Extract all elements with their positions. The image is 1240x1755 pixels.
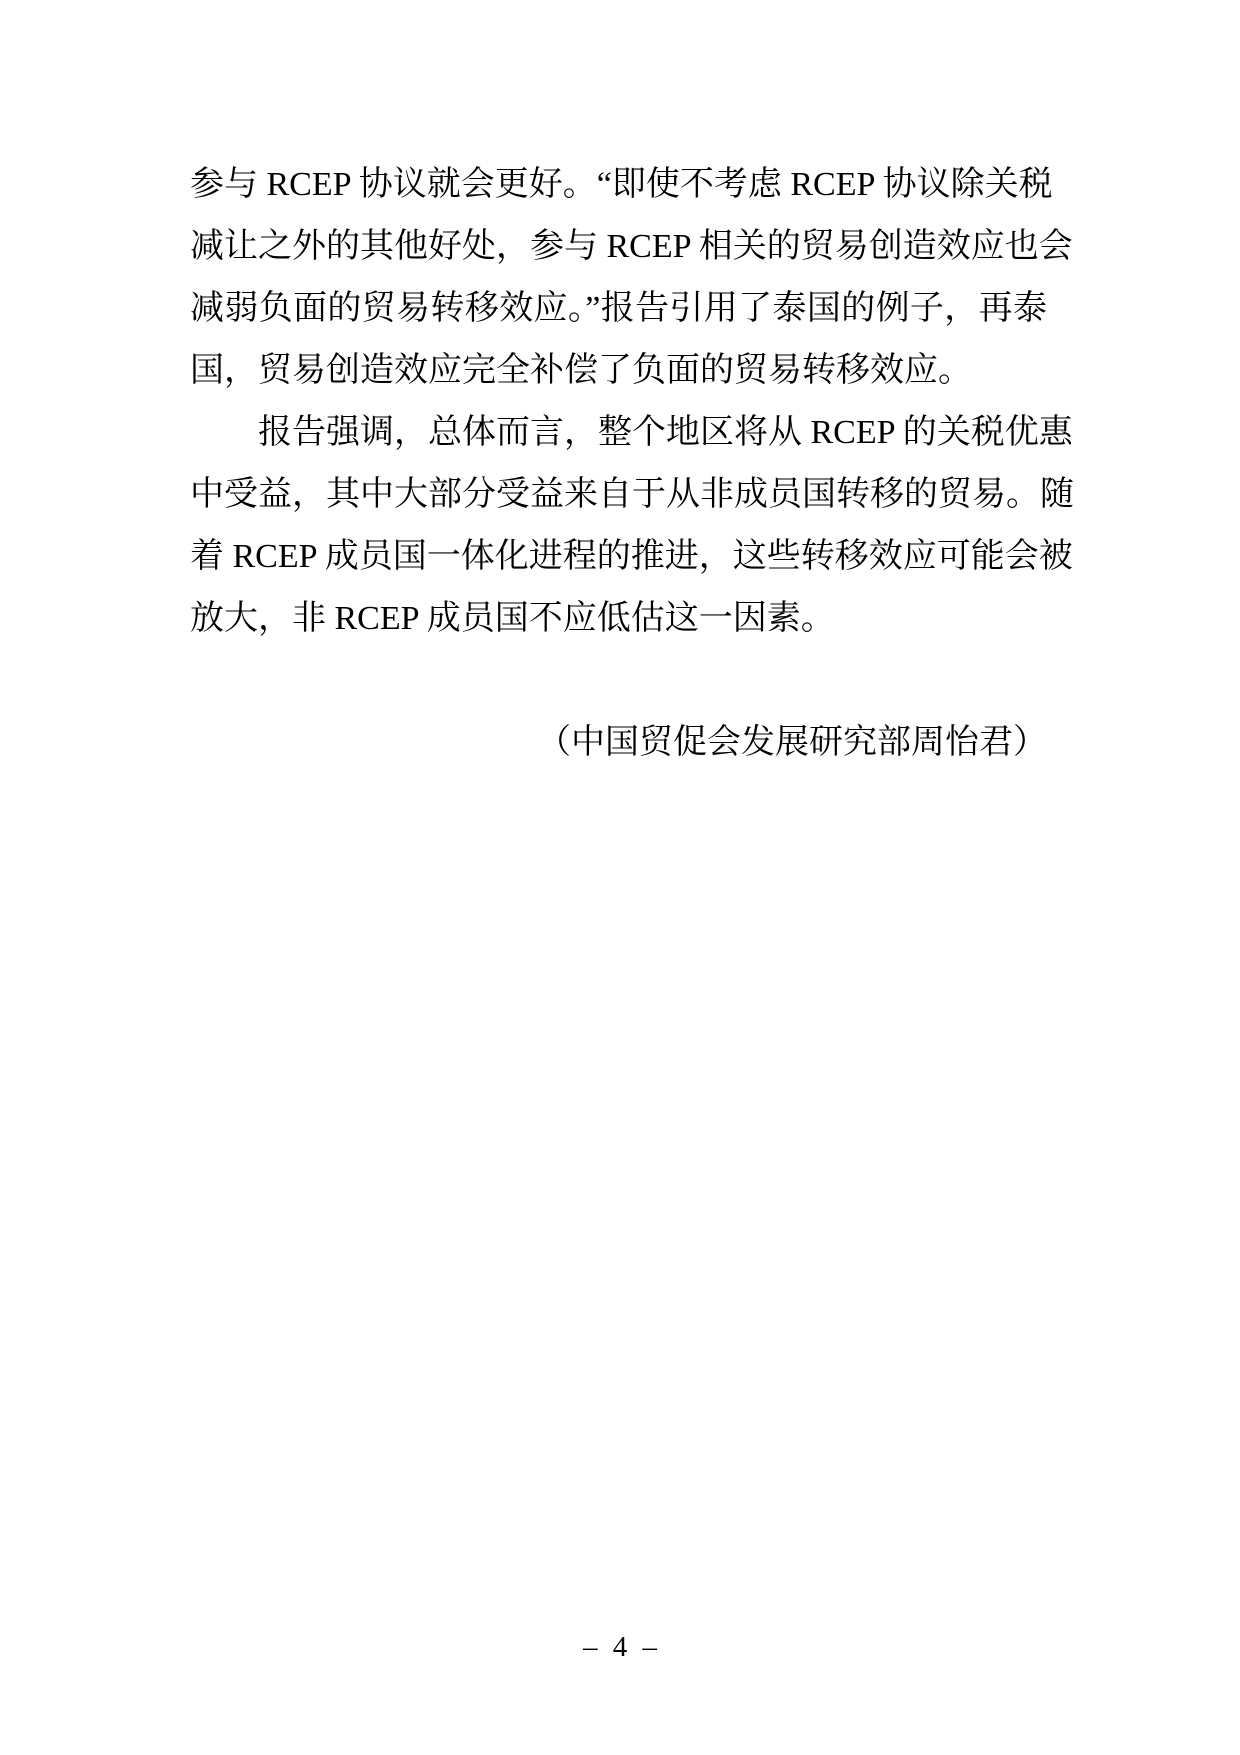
page-number: – 4 – [0,1630,1240,1664]
paragraph-1: 参与 RCEP 协议就会更好。“即使不考虑 RCEP 协议除关税 减让之外的其他… [190,154,1047,402]
body-line: 中受益，其中大部分受益来自于从非成员国转移的贸易。随 [190,464,1047,526]
body-line: 减让之外的其他好处，参与 RCEP 相关的贸易创造效应也会 [190,216,1047,278]
body-line: 着 RCEP 成员国一体化进程的推进，这些转移效应可能会被 [190,526,1047,588]
body-line: 国，贸易创造效应完全补偿了负面的贸易转移效应。 [190,340,1047,402]
body-line: 放大，非 RCEP 成员国不应低估这一因素。 [190,588,1047,650]
attribution-line: （中国贸促会发展研究部周怡君） [190,712,1047,774]
paragraph-2: 报告强调，总体而言，整个地区将从 RCEP 的关税优惠 中受益，其中大部分受益来… [190,402,1047,650]
body-line: 参与 RCEP 协议就会更好。“即使不考虑 RCEP 协议除关税 [190,154,1047,216]
document-body: 参与 RCEP 协议就会更好。“即使不考虑 RCEP 协议除关税 减让之外的其他… [190,154,1047,774]
body-line: 报告强调，总体而言，整个地区将从 RCEP 的关税优惠 [190,402,1047,464]
document-page: 参与 RCEP 协议就会更好。“即使不考虑 RCEP 协议除关税 减让之外的其他… [0,0,1240,1755]
body-line: 减弱负面的贸易转移效应。”报告引用了泰国的例子，再泰 [190,278,1047,340]
blank-line [190,650,1047,712]
